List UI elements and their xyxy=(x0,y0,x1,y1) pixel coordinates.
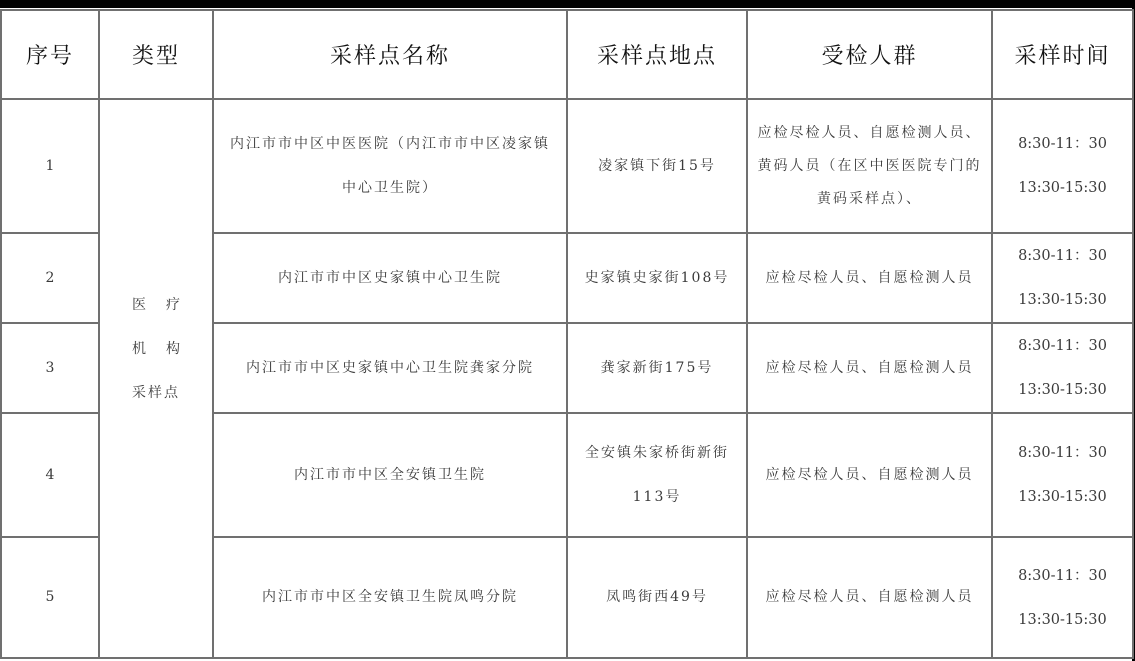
site-address-cell: 凌家镇下街15号 xyxy=(567,99,747,233)
type-line: 机构 xyxy=(106,327,206,371)
site-address-line: 龚家新街175号 xyxy=(601,360,714,376)
site-name-line: 内江市市中区史家镇中心卫生院龚家分院 xyxy=(246,360,534,376)
site-address-line: 凤鸣街西49号 xyxy=(606,589,708,605)
time-afternoon: 13:30-15:30 xyxy=(999,368,1126,412)
row-index: 2 xyxy=(1,233,99,323)
time-afternoon: 13:30-15:30 xyxy=(999,475,1126,519)
site-name-cell: 内江市市中区史家镇中心卫生院 xyxy=(213,233,567,323)
type-cell: 医疗 机构 采样点 xyxy=(99,99,213,658)
sampling-time-cell: 8:30-11：30 13:30-15:30 xyxy=(992,323,1133,413)
site-address-line: 史家镇史家街108号 xyxy=(585,270,730,286)
time-morning: 8:30-11：30 xyxy=(999,431,1126,475)
crowd-line: 应检尽检人员、自愿检测人员 xyxy=(766,270,974,286)
time-morning: 8:30-11：30 xyxy=(999,122,1126,166)
header-site-address: 采样点地点 xyxy=(567,10,747,99)
row-index: 3 xyxy=(1,323,99,413)
target-crowd-cell: 应检尽检人员、自愿检测人员 xyxy=(747,233,992,323)
table-row: 1 医疗 机构 采样点 内江市市中区中医医院（内江市市中区凌家镇 中心卫生院） … xyxy=(1,99,1133,233)
type-line: 医疗 xyxy=(106,283,206,327)
site-address-cell: 龚家新街175号 xyxy=(567,323,747,413)
time-afternoon: 13:30-15:30 xyxy=(999,278,1126,322)
site-address-line: 凌家镇下街15号 xyxy=(574,155,740,178)
target-crowd-cell: 应检尽检人员、自愿检测人员 xyxy=(747,323,992,413)
row-index: 5 xyxy=(1,537,99,658)
site-name-cell: 内江市市中区中医医院（内江市市中区凌家镇 中心卫生院） xyxy=(213,99,567,233)
crowd-line: 应检尽检人员、自愿检测人员 xyxy=(766,360,974,376)
time-afternoon: 13:30-15:30 xyxy=(999,598,1126,642)
crowd-line: 应检尽检人员、自愿检测人员、 xyxy=(754,117,985,150)
time-morning: 8:30-11：30 xyxy=(999,554,1126,598)
type-line: 采样点 xyxy=(106,371,206,415)
site-name-cell: 内江市市中区史家镇中心卫生院龚家分院 xyxy=(213,323,567,413)
header-target-crowd: 受检人群 xyxy=(747,10,992,99)
crowd-line: 黄码采样点）、 xyxy=(754,183,985,216)
header-site-name: 采样点名称 xyxy=(213,10,567,99)
sampling-time-cell: 8:30-11：30 13:30-15:30 xyxy=(992,99,1133,233)
time-morning: 8:30-11：30 xyxy=(999,324,1126,368)
site-address-line: 全安镇朱家桥街新街 xyxy=(574,431,740,475)
table-header-row: 序号 类型 采样点名称 采样点地点 受检人群 采样时间 xyxy=(1,10,1133,99)
sampling-time-cell: 8:30-11：30 13:30-15:30 xyxy=(992,233,1133,323)
sampling-time-cell: 8:30-11：30 13:30-15:30 xyxy=(992,537,1133,658)
row-index: 4 xyxy=(1,413,99,537)
site-name-line: 内江市市中区史家镇中心卫生院 xyxy=(278,270,502,286)
time-morning: 8:30-11：30 xyxy=(999,234,1126,278)
site-name-line: 内江市市中区中医医院（内江市市中区凌家镇 xyxy=(220,122,560,166)
header-index: 序号 xyxy=(1,10,99,99)
site-name-cell: 内江市市中区全安镇卫生院凤鸣分院 xyxy=(213,537,567,658)
sampling-time-cell: 8:30-11：30 13:30-15:30 xyxy=(992,413,1133,537)
header-type: 类型 xyxy=(99,10,213,99)
target-crowd-cell: 应检尽检人员、自愿检测人员 xyxy=(747,413,992,537)
site-address-line: 113号 xyxy=(574,475,740,519)
sampling-sites-table: 序号 类型 采样点名称 采样点地点 受检人群 采样时间 1 医疗 机构 采样点 … xyxy=(0,9,1134,659)
site-name-line: 中心卫生院） xyxy=(220,166,560,210)
site-name-line: 内江市市中区全安镇卫生院凤鸣分院 xyxy=(262,589,518,605)
time-afternoon: 13:30-15:30 xyxy=(999,166,1126,210)
target-crowd-cell: 应检尽检人员、自愿检测人员 xyxy=(747,537,992,658)
site-address-cell: 凤鸣街西49号 xyxy=(567,537,747,658)
document-page: 序号 类型 采样点名称 采样点地点 受检人群 采样时间 1 医疗 机构 采样点 … xyxy=(0,8,1132,661)
crowd-line: 应检尽检人员、自愿检测人员 xyxy=(766,589,974,605)
crowd-line: 黄码人员（在区中医医院专门的 xyxy=(754,150,985,183)
crowd-line: 应检尽检人员、自愿检测人员 xyxy=(766,467,974,483)
target-crowd-cell: 应检尽检人员、自愿检测人员、 黄码人员（在区中医医院专门的 黄码采样点）、 xyxy=(747,99,992,233)
site-name-cell: 内江市市中区全安镇卫生院 xyxy=(213,413,567,537)
row-index: 1 xyxy=(1,99,99,233)
site-address-cell: 史家镇史家街108号 xyxy=(567,233,747,323)
site-name-line: 内江市市中区全安镇卫生院 xyxy=(294,467,486,483)
site-address-cell: 全安镇朱家桥街新街 113号 xyxy=(567,413,747,537)
header-sampling-time: 采样时间 xyxy=(992,10,1133,99)
